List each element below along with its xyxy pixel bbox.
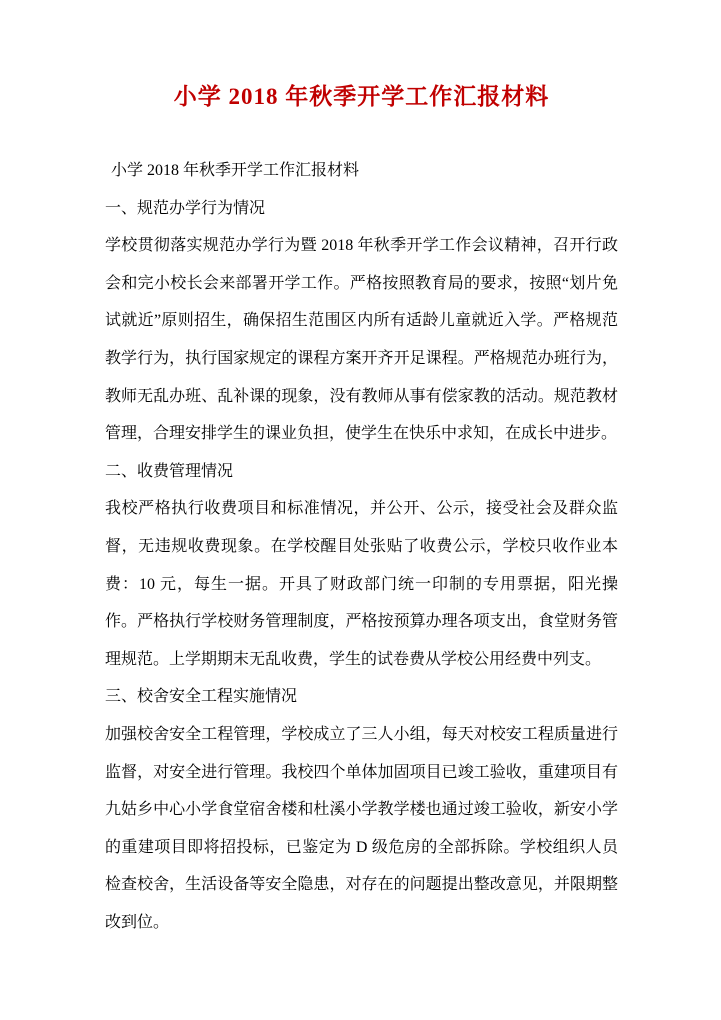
document-page: 小学 2018 年秋季开学工作汇报材料 小学 2018 年秋季开学工作汇报材料 … bbox=[0, 0, 721, 1020]
section-body-1: 学校贯彻落实规范办学行为暨 2018 年秋季开学工作会议精神，召开行政会和完小校… bbox=[105, 227, 618, 453]
document-title: 小学 2018 年秋季开学工作汇报材料 bbox=[105, 80, 618, 114]
document-subtitle: 小学 2018 年秋季开学工作汇报材料 bbox=[105, 152, 618, 190]
section-body-3: 加强校舍安全工程管理，学校成立了三人小组，每天对校安工程质量进行监督，对安全进行… bbox=[105, 716, 618, 942]
section-heading-3: 三、校舍安全工程实施情况 bbox=[105, 678, 618, 716]
section-body-2: 我校严格执行收费项目和标准情况，并公开、公示，接受社会及群众监督，无违规收费现象… bbox=[105, 490, 618, 678]
section-heading-1: 一、规范办学行为情况 bbox=[105, 190, 618, 228]
section-heading-2: 二、收费管理情况 bbox=[105, 453, 618, 491]
